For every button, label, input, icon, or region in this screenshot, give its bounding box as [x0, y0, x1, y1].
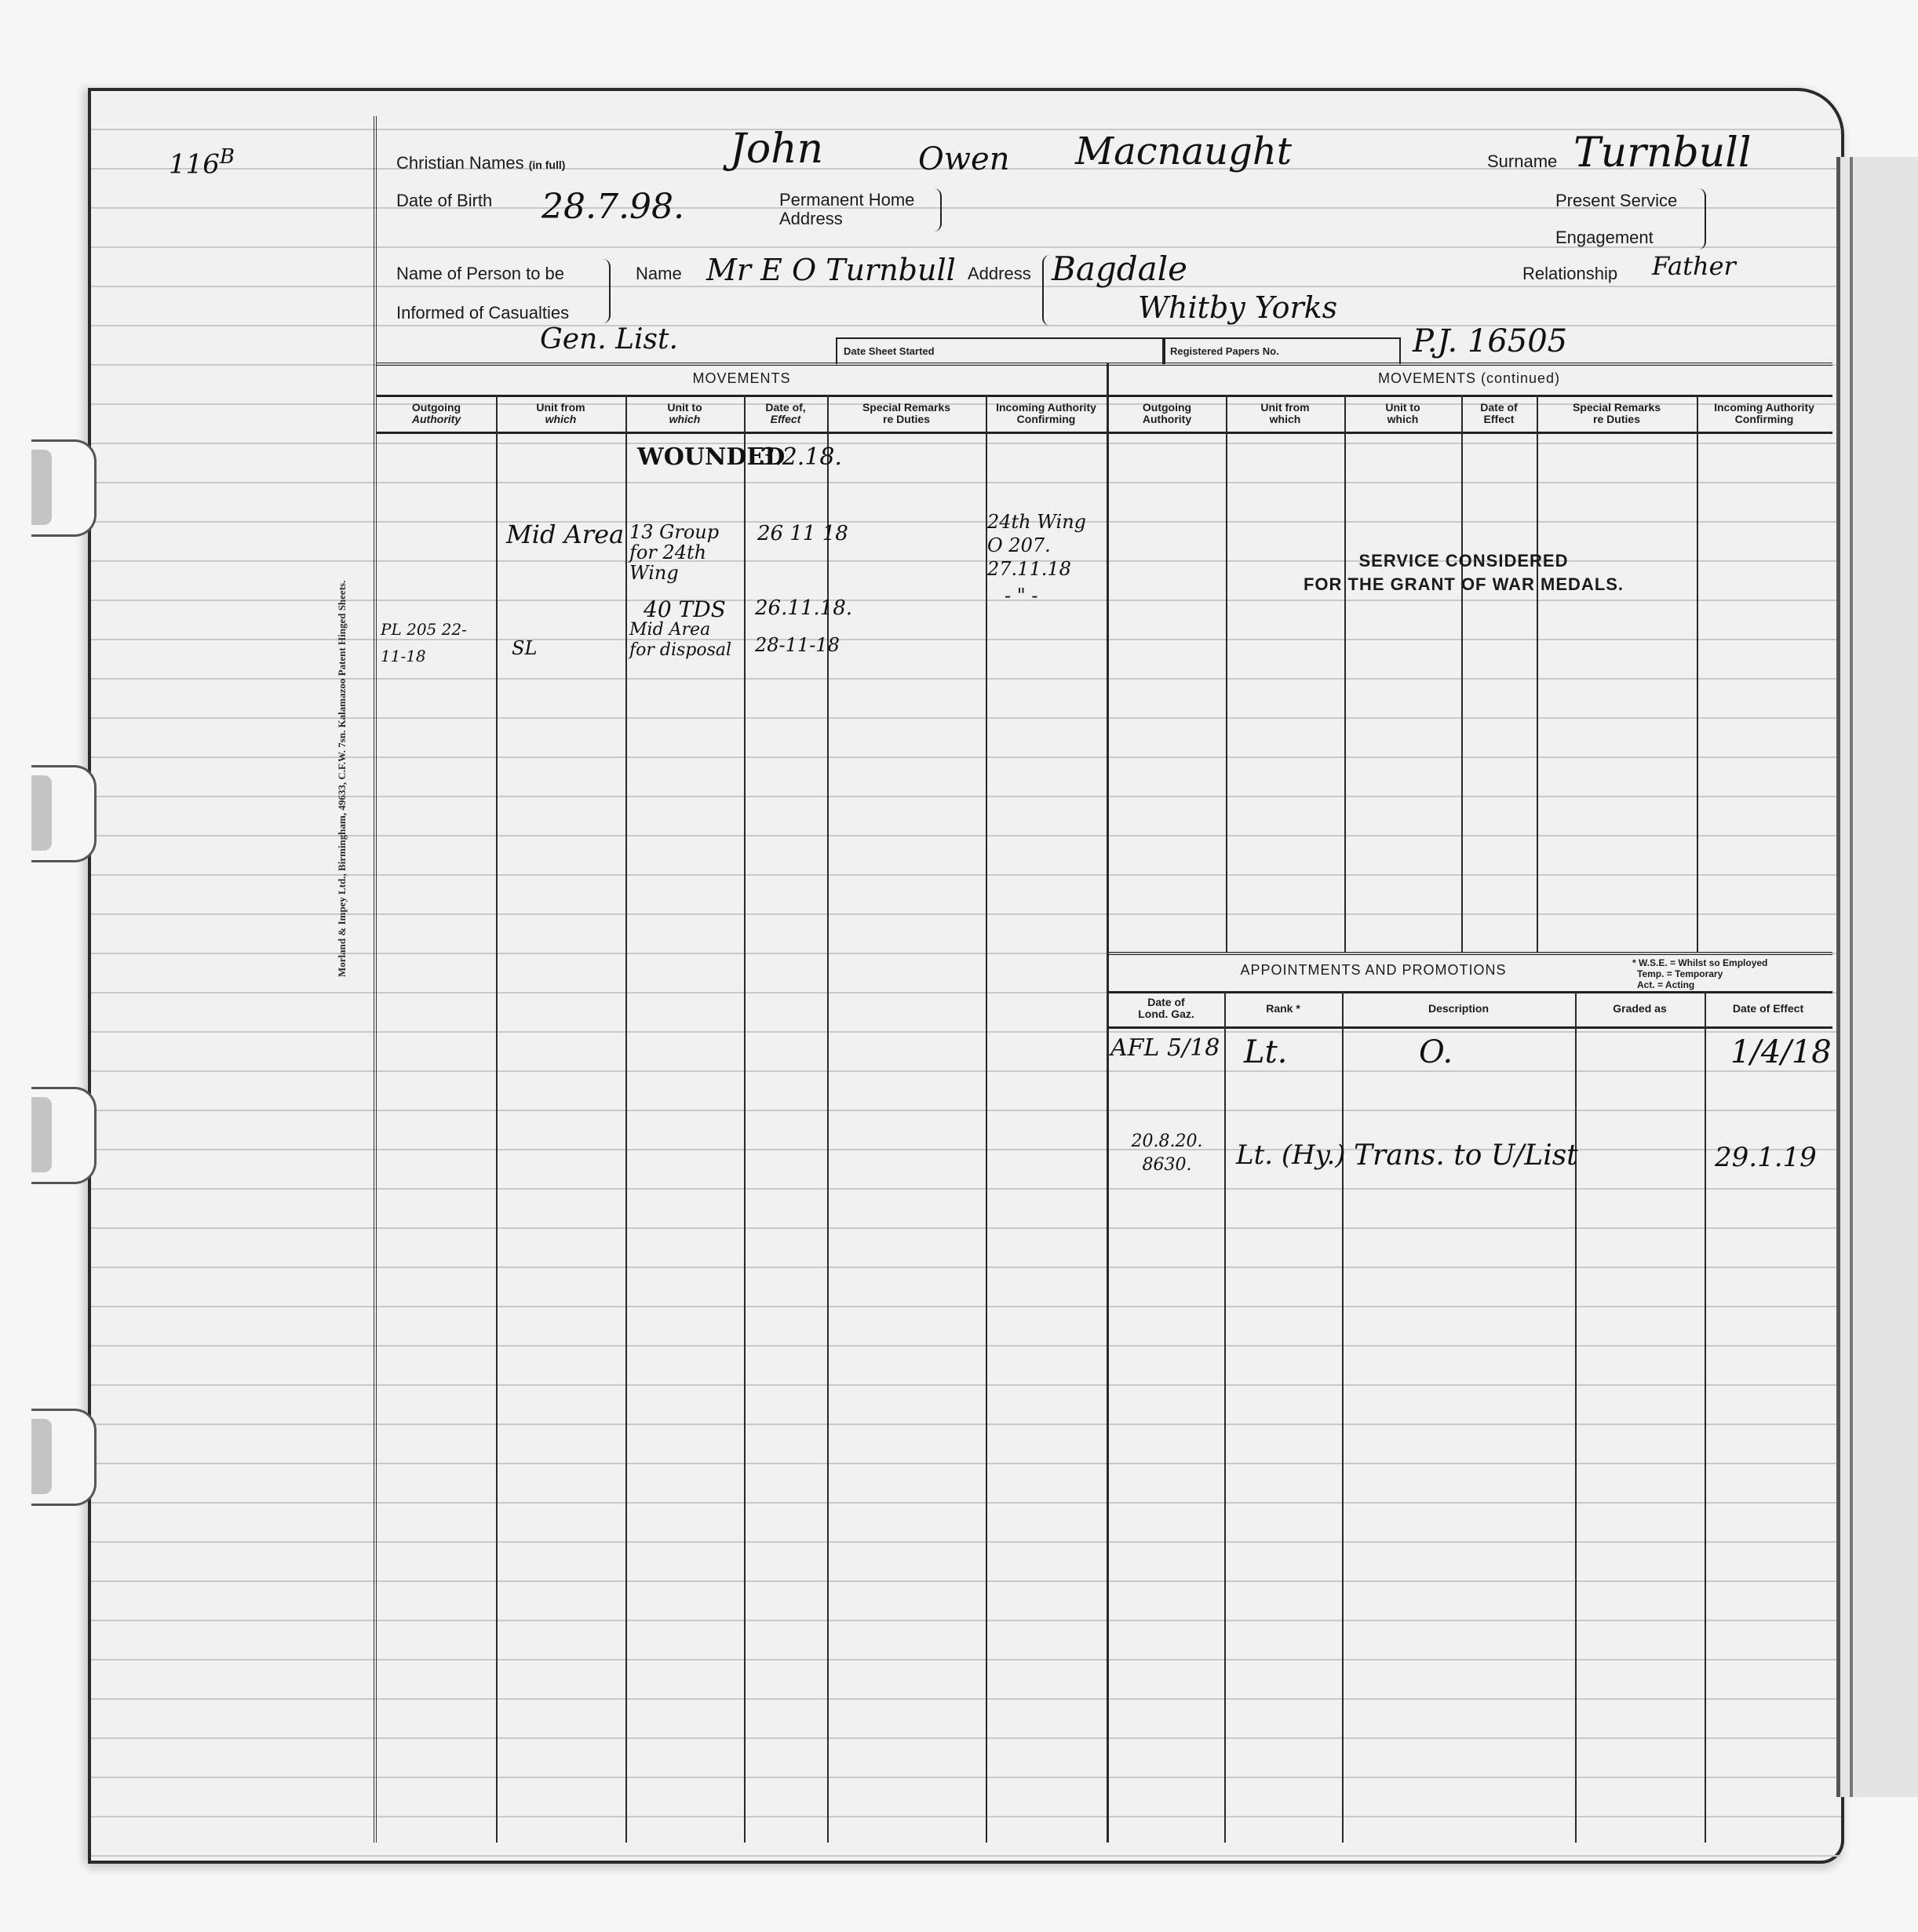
page-ref-number: 116	[169, 148, 220, 180]
movements-continued-col-outgoing: OutgoingAuthority	[1108, 402, 1226, 425]
movements-title-rule	[377, 395, 1107, 397]
appointments-title: APPOINTMENTS AND PROMOTIONS	[1177, 962, 1570, 979]
binder-edge	[1836, 157, 1918, 1797]
casualty-name-label: Name	[636, 264, 682, 284]
appointment-entry-1-description: O.	[1419, 1034, 1453, 1070]
movements-continued-col-unit-to: Unit towhich	[1344, 402, 1461, 425]
third-name-value: Macnaught	[1075, 129, 1292, 173]
col-label: Unit to	[625, 402, 744, 414]
page-ref-suffix: B	[220, 145, 235, 169]
appointments-top-rule	[1108, 952, 1832, 955]
appointments-title-rule	[1108, 991, 1832, 993]
col-label: Unit to	[1344, 402, 1461, 414]
movement-entry-2-unit-to: 13 Group for 24th Wing	[629, 522, 743, 583]
movements-continued-col-unit-from: Unit fromwhich	[1226, 402, 1344, 425]
movement-entry-2-incoming: 24th Wing O 207. 27.11.18	[987, 510, 1105, 581]
date-sheet-started-label: Date Sheet Started	[844, 345, 935, 357]
col-label: Incoming Authority	[1697, 402, 1832, 414]
movements-col-remarks: Special Remarksre Duties	[827, 402, 986, 425]
col-label: which	[545, 413, 577, 425]
col-label: Effect	[771, 413, 801, 425]
movements-col-unit-to: Unit towhich	[625, 402, 744, 425]
surname-value: Turnbull	[1573, 129, 1752, 177]
engagement-label: Engagement	[1555, 228, 1654, 248]
movements-col-incoming: Incoming AuthorityConfirming	[986, 402, 1107, 425]
registered-papers-label: Registered Papers No.	[1170, 345, 1279, 357]
col-label: Authority	[412, 413, 461, 425]
christian-names-label: Christian Names (in full)	[396, 153, 565, 173]
surname-label: Surname	[1487, 151, 1557, 172]
movements-col-divider-3	[744, 395, 746, 1843]
movements-col-unit-from: Unit fromwhich	[496, 402, 625, 425]
movements-continued-col-date: Date ofEffect	[1461, 402, 1537, 425]
home-address-label-line-2: Address	[779, 210, 914, 228]
col-label: re Duties	[827, 414, 986, 425]
movement-entry-3-date: 26.11.18.	[755, 596, 852, 620]
casualty-brace	[601, 259, 611, 323]
legend-line: Act. = Acting	[1632, 979, 1767, 990]
movement-entry-4-unit-to: Mid Area for disposal	[629, 620, 739, 661]
relationship-label: Relationship	[1522, 264, 1617, 284]
movement-entry-3-unit-to: 40 TDS	[644, 596, 726, 622]
col-label: Unit from	[496, 402, 625, 414]
date-sheet-started-box: Date Sheet Started	[836, 337, 1165, 364]
legend-line: * W.S.E. = Whilst so Employed	[1632, 957, 1767, 968]
appointment-entry-2-description: Trans. to U/List	[1354, 1139, 1578, 1172]
movements-col-outgoing: OutgoingAuthority	[377, 402, 496, 425]
col-label: Confirming	[1697, 414, 1832, 425]
col-label: Lond. Gaz.	[1108, 1008, 1224, 1020]
appointments-col-rank: Rank *	[1224, 1003, 1342, 1015]
movements-continued-title: MOVEMENTS (continued)	[1108, 370, 1830, 387]
appointments-header-rule	[1108, 1026, 1832, 1029]
col-label: Date of	[1108, 997, 1224, 1008]
movements-continued-col-divider-2	[1344, 395, 1346, 952]
war-medals-stamp: SERVICE CONSIDERED FOR THE GRANT OF WAR …	[1287, 549, 1640, 596]
first-name-value: John	[730, 126, 823, 173]
casualty-address-brace	[1042, 255, 1052, 326]
appointments-col-divider-1	[1224, 991, 1226, 1843]
hinge-tab-4	[31, 1409, 97, 1506]
appointments-col-divider-4	[1705, 991, 1706, 1843]
col-label: Date of,	[744, 402, 827, 414]
christian-names-label-text: Christian Names	[396, 153, 524, 173]
home-address-brace	[932, 188, 942, 231]
col-label: Special Remarks	[1537, 402, 1697, 414]
movements-col-divider-5	[986, 395, 987, 1843]
center-divider	[1107, 363, 1109, 1843]
service-brace	[1697, 188, 1706, 250]
movements-title: MOVEMENTS	[377, 370, 1107, 387]
movements-continued-title-rule	[1108, 395, 1832, 397]
present-service-label: Present Service	[1555, 191, 1677, 211]
appointment-entry-1-date-effect: 1/4/18	[1730, 1034, 1832, 1070]
col-label: Outgoing	[377, 402, 496, 414]
movement-entry-4-date: 28-11-18	[755, 634, 840, 656]
casualty-address-line-1: Bagdale	[1052, 250, 1187, 288]
dob-value: 28.7.98.	[541, 187, 684, 227]
hinge-tab-3	[31, 1087, 97, 1184]
col-label: Confirming	[986, 414, 1107, 425]
home-address-label-line-1: Permanent Home	[779, 191, 914, 210]
col-label: which	[1344, 414, 1461, 425]
col-label: Special Remarks	[827, 402, 986, 414]
hinge-tab-2	[31, 765, 97, 862]
appointments-col-divider-2	[1342, 991, 1344, 1843]
stamp-line-2: FOR THE GRANT OF WAR MEDALS.	[1287, 573, 1640, 596]
casualty-label-line-2: Informed of Casualties	[396, 303, 569, 323]
movement-entry-2-date: 26 11 18	[757, 522, 848, 545]
movement-entry-4-outgoing: PL 205 22-11-18	[381, 616, 490, 669]
registered-papers-box: Registered Papers No.	[1162, 337, 1401, 364]
movements-col-date: Date of,Effect	[744, 402, 827, 425]
col-label: Unit from	[1226, 402, 1344, 414]
col-label: Date of	[1461, 402, 1537, 414]
movement-entry-3-incoming: - " -	[1005, 585, 1038, 607]
movements-col-divider-2	[625, 395, 627, 1843]
printer-imprint: Morland & Impey Ltd., Birmingham, 49633,…	[336, 581, 348, 977]
appointments-col-divider-3	[1575, 991, 1577, 1843]
col-label: Effect	[1461, 414, 1537, 425]
col-label: re Duties	[1537, 414, 1697, 425]
movements-continued-col-divider-1	[1226, 395, 1227, 952]
movement-entry-1-date: 3.2.18.	[760, 443, 842, 471]
appointment-entry-2-date-effect: 29.1.19	[1715, 1142, 1817, 1173]
legend-line: Temp. = Temporary	[1632, 968, 1767, 979]
middle-name-value: Owen	[918, 141, 1009, 177]
movements-continued-col-divider-3	[1461, 395, 1463, 952]
col-label: which	[669, 413, 701, 425]
dob-label: Date of Birth	[396, 191, 492, 211]
hinge-tab-1	[31, 439, 97, 537]
col-label: which	[1226, 414, 1344, 425]
appointments-col-graded-as: Graded as	[1575, 1003, 1705, 1015]
christian-names-note: (in full)	[529, 159, 566, 171]
appointments-col-date-of-effect: Date of Effect	[1705, 1003, 1832, 1015]
movement-entry-4-unit-from: SL	[512, 637, 537, 659]
page-reference: 116B	[169, 145, 235, 180]
appointment-entry-1-gazette: AFL 5/18	[1110, 1034, 1220, 1062]
casualty-address-line-2: Whitby Yorks	[1138, 290, 1337, 325]
relationship-value: Father	[1652, 251, 1736, 281]
col-label: Incoming Authority	[986, 402, 1107, 414]
registered-papers-value: P.J. 16505	[1413, 323, 1567, 359]
home-address-label: Permanent Home Address	[779, 191, 914, 228]
movements-continued-header-rule	[1108, 432, 1832, 434]
appointments-col-description: Description	[1342, 1003, 1575, 1015]
movements-header-rule	[377, 432, 1107, 434]
movements-continued-col-divider-5	[1697, 395, 1698, 952]
movements-continued-col-divider-4	[1537, 395, 1538, 952]
rank-abbreviation-legend: * W.S.E. = Whilst so Employed Temp. = Te…	[1632, 957, 1767, 990]
appointment-entry-2-gazette: 20.8.20. 8630.	[1116, 1130, 1218, 1177]
casualty-name-value: Mr E O Turnbull	[706, 253, 956, 287]
col-label: Authority	[1108, 414, 1226, 425]
stamp-line-1: SERVICE CONSIDERED	[1287, 549, 1640, 573]
appointment-entry-2-rank: Lt. (Hy.)	[1236, 1139, 1346, 1171]
appointments-col-gazette: Date ofLond. Gaz.	[1108, 997, 1224, 1020]
movement-entry-2-unit-from: Mid Area	[506, 519, 624, 549]
movements-col-divider-1	[496, 395, 498, 1843]
appointment-entry-1-rank: Lt.	[1244, 1034, 1287, 1070]
casualty-address-label: Address	[968, 264, 1031, 284]
col-label: Outgoing	[1108, 402, 1226, 414]
movements-continued-col-incoming: Incoming AuthorityConfirming	[1697, 402, 1832, 425]
list-note: Gen. List.	[540, 323, 678, 355]
casualty-label-line-1: Name of Person to be	[396, 264, 564, 284]
movements-continued-col-remarks: Special Remarksre Duties	[1537, 402, 1697, 425]
header-divider	[377, 363, 1832, 366]
